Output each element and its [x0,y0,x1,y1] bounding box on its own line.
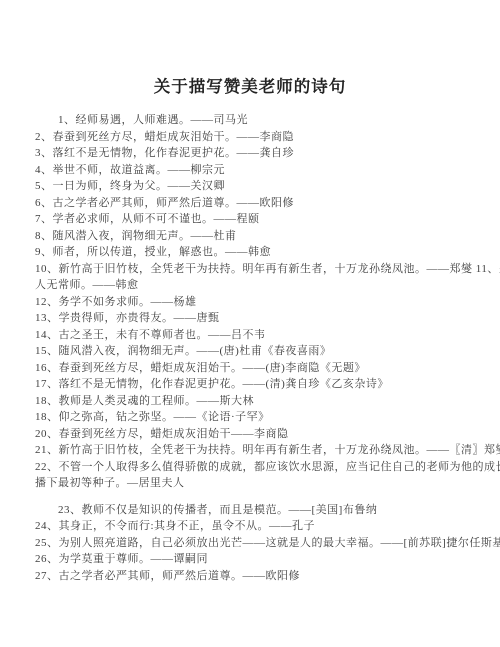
quote-line: 21、新竹高于旧竹枝，全凭老干为扶持。明年再有新生者，十万龙孙绕凤池。——〖清〗… [35,442,480,459]
quote-line: 7、学者必求师，从师不可不谨也。——程颐 [35,211,480,228]
quote-line: 26、为学莫重于尊师。——谭嗣同 [35,551,480,568]
quote-line: 3、落红不是无情物，化作春泥更护花。——龚自珍 [35,145,480,162]
quote-line: 4、举世不师，故道益离。——柳宗元 [35,162,480,179]
quote-line: 13、学贵得师，亦贵得友。——唐甄 [35,310,480,327]
quote-line: 12、务学不如务求师。——杨雄 [35,294,480,311]
quote-line: 播下最初等种子。—居里夫人 [35,475,480,492]
quote-line: 18、仰之弥高，钻之弥坚。——《论语·子罕》 [35,409,480,426]
quote-line: 25、为别人照亮道路，自己必须放出光芒——这就是人的最大幸福。——[前苏联]捷尔… [35,535,480,552]
quote-line: 24、其身正，不令而行:其身不正，虽令不从。——孔子 [35,518,480,535]
quote-line: 6、古之学者必严其师，师严然后道尊。——欧阳修 [35,195,480,212]
quote-line: 14、古之圣王，未有不尊师者也。——吕不韦 [35,327,480,344]
quote-line: 18、教师是人类灵魂的工程师。——斯大林 [35,393,480,410]
quote-line: 9、师者，所以传道，授业，解惑也。——韩愈 [35,244,480,261]
quote-line: 5、一日为师，终身为父。——关汉卿 [35,178,480,195]
quote-list: 1、经师易遇，人师难遇。——司马光2、春蚕到死丝方尽，蜡炬成灰泪始干。——李商隐… [0,112,500,584]
quote-line: 10、新竹高于旧竹枝，全凭老干为扶持。明年再有新生者，十万龙孙绕凤池。——郑燮 … [35,261,480,278]
quote-line: 15、随风潜入夜，润物细无声。——(唐)杜甫《春夜喜雨》 [35,343,480,360]
quote-line: 17、落红不是无情物，化作春泥更护花。——(清)龚自珍《乙亥杂诗》 [35,376,480,393]
quote-line: 人无常师。——韩愈 [35,277,480,294]
quote-line: 23、教师不仅是知识的传播者，而且是模范。——[美国]布鲁纳 [35,502,480,519]
quote-line: 27、古之学者必严其师，师严然后道尊。——欧阳修 [35,568,480,585]
document-page: 关于描写赞美老师的诗句 1、经师易遇，人师难遇。——司马光2、春蚕到死丝方尽，蜡… [0,0,500,647]
quote-line: 1、经师易遇，人师难遇。——司马光 [35,112,480,129]
page-title: 关于描写赞美老师的诗句 [0,0,500,97]
quote-line: 8、随风潜入夜，润物细无声。——杜甫 [35,228,480,245]
quote-line: 2、春蚕到死丝方尽，蜡炬成灰泪始干。——李商隐 [35,129,480,146]
quote-line: 22、不管一个人取得多么值得骄傲的成就，都应该饮水思源，应当记住自己的老师为他的… [35,459,480,476]
quote-line: 20、春蚕到死丝方尽，蜡炬成灰泪始干——李商隐 [35,426,480,443]
quote-line: 16、春蚕到死丝方尽，蜡炬成灰泪始干。——(唐)李商隐《无题》 [35,360,480,377]
